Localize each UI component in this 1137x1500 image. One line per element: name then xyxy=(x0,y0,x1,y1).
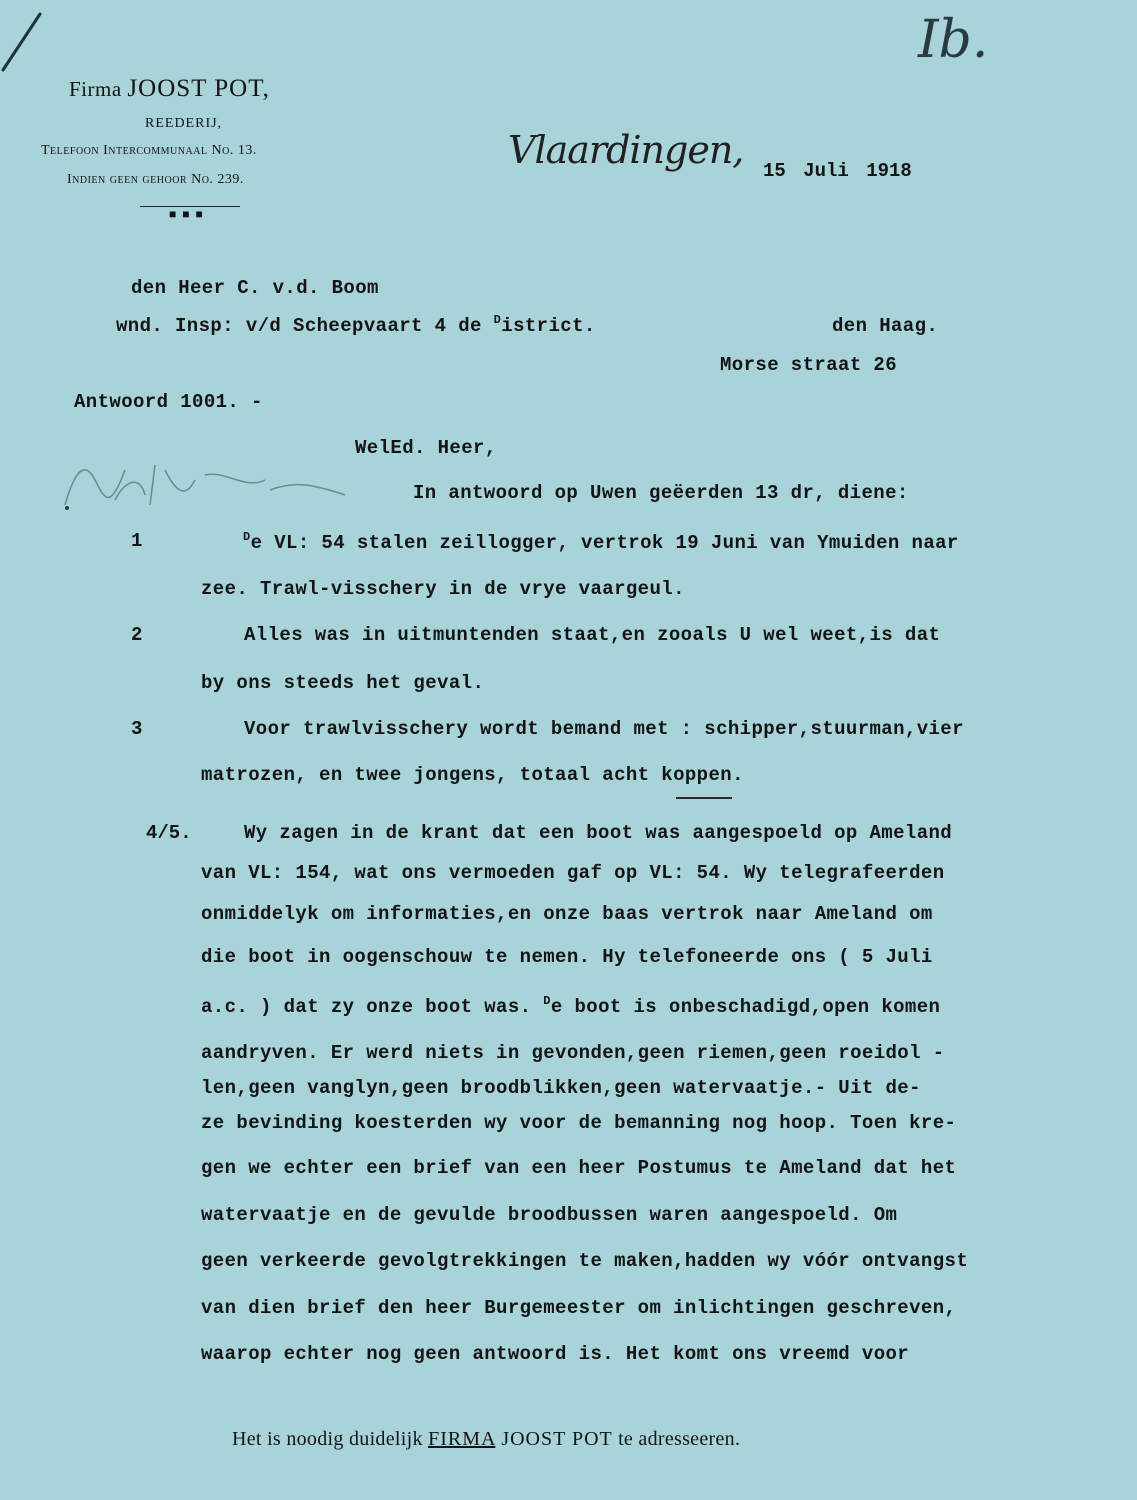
paragraph-line: matrozen, en twee jongens, totaal acht k… xyxy=(201,764,744,786)
letterhead-ornament: ■■■ xyxy=(169,207,209,222)
paragraph-line: De VL: 54 stalen zeillogger, vertrok 19 … xyxy=(243,530,959,554)
paragraph-line: Alles was in uitmuntenden staat,en zooal… xyxy=(244,624,940,646)
sup-letter: D xyxy=(243,530,251,544)
paragraph-line: van dien brief den heer Burgemeester om … xyxy=(201,1297,956,1319)
letterhead-fallback-number: Indien geen gehoor No. 239. xyxy=(67,172,244,188)
paragraph-line: Voor trawlvisschery wordt bemand met : s… xyxy=(244,718,964,740)
paragraph-line: van VL: 154, wat ons vermoeden gaf op VL… xyxy=(201,862,945,884)
paragraph-line: len,geen vanglyn,geen broodblikken,geen … xyxy=(201,1077,921,1099)
underline-mark xyxy=(676,797,732,799)
firm-name: JOOST POT, xyxy=(127,75,269,102)
recipient-city: den Haag. xyxy=(832,315,938,337)
file-mark-handwritten: Ib. xyxy=(918,10,988,70)
opening-line: In antwoord op Uwen geëerden 13 dr, dien… xyxy=(413,482,909,504)
line-text: a.c. ) dat zy onze boot was. xyxy=(201,996,543,1018)
paragraph-line: gen we echter een brief van een heer Pos… xyxy=(201,1157,956,1179)
footer-prefix: Het is noodig duidelijk xyxy=(232,1428,428,1450)
letter-place: Vlaardingen, xyxy=(508,128,743,172)
pen-stroke-mark xyxy=(0,10,48,72)
sup-letter: D xyxy=(543,994,551,1008)
line-text: e VL: 54 stalen zeillogger, vertrok 19 J… xyxy=(251,532,959,554)
footer-firm-rest: JOOST POT xyxy=(495,1428,612,1450)
recipient-title-a: wnd. Insp: v/d Scheepvaart 4 de xyxy=(116,315,494,337)
salutation: WelEd. Heer, xyxy=(355,437,497,459)
letterhead-footer: Het is noodig duidelijk FIRMA JOOST POT … xyxy=(232,1428,740,1451)
letter-date: 15 Juli 1918 xyxy=(763,160,912,182)
line-text: e boot is onbeschadigd,open komen xyxy=(551,996,940,1018)
letterhead-firm: Firma JOOST POT, xyxy=(69,75,270,103)
reference-number: Antwoord 1001. - xyxy=(74,391,263,413)
paragraph-line: by ons steeds het geval. xyxy=(201,672,484,694)
recipient-title: wnd. Insp: v/d Scheepvaart 4 de District… xyxy=(116,313,596,337)
paragraph-line: aandryven. Er werd niets in gevonden,gee… xyxy=(201,1042,945,1064)
paragraph-line: onmiddelyk om informaties,en onze baas v… xyxy=(201,903,933,925)
paragraph-line: watervaatje en de gevulde broodbussen wa… xyxy=(201,1204,897,1226)
firm-prefix: Firma xyxy=(69,77,122,101)
recipient-name: den Heer C. v.d. Boom xyxy=(131,277,379,299)
footer-firm-underlined: FIRMA xyxy=(428,1428,495,1450)
footer-suffix: te adresseeren. xyxy=(613,1428,741,1450)
paragraph-line: a.c. ) dat zy onze boot was. De boot is … xyxy=(201,994,940,1018)
paragraph-line: ze bevinding koesterden wy voor de beman… xyxy=(201,1112,956,1134)
paragraph-number: 2 xyxy=(131,624,142,646)
paragraph-number: 3 xyxy=(131,718,142,740)
paragraph-line: waarop echter nog geen antwoord is. Het … xyxy=(201,1343,909,1365)
paragraph-line: die boot in oogenschouw te nemen. Hy tel… xyxy=(201,946,933,968)
recipient-street: Morse straat 26 xyxy=(720,354,897,376)
recipient-title-b: istrict. xyxy=(501,315,595,337)
paragraph-line: Wy zagen in de krant dat een boot was aa… xyxy=(244,822,952,844)
paragraph-number: 1 xyxy=(131,530,142,552)
handwritten-initials-mark xyxy=(55,450,355,520)
paragraph-number: 4/5. xyxy=(146,822,192,844)
letterhead-business: REEDERIJ, xyxy=(145,116,222,132)
letterhead-telephone: Telefoon Intercommunaal No. 13. xyxy=(41,143,257,159)
paragraph-line: zee. Trawl-visschery in de vrye vaargeul… xyxy=(201,578,685,600)
paragraph-line: geen verkeerde gevolgtrekkingen te maken… xyxy=(201,1250,968,1272)
